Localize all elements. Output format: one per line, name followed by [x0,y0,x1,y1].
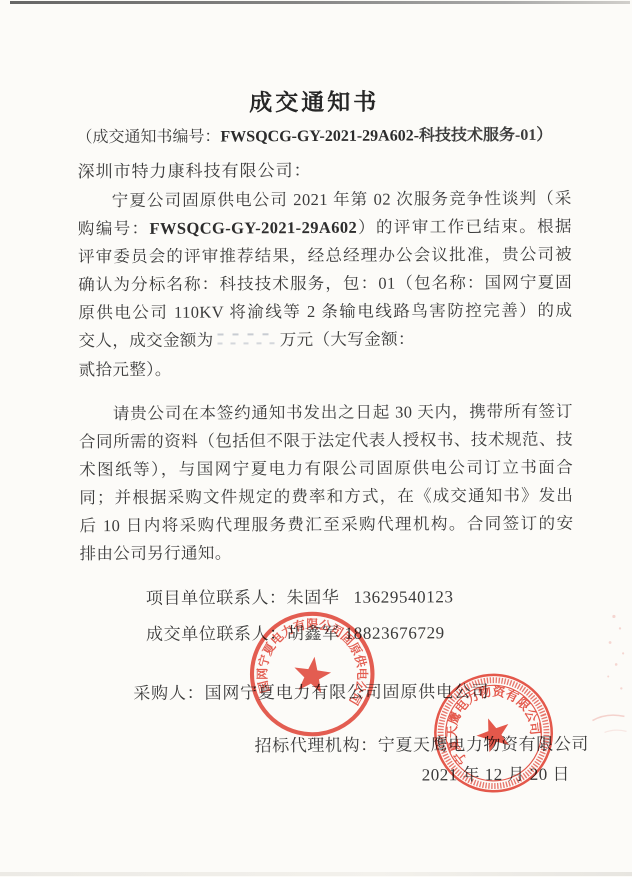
para2-line6: 排由公司另行通知。 [80,538,574,565]
para2-line3: 术图纸等），与国网宁夏电力有限公司固原供电公司订立书面合 [79,454,573,481]
para1-line6-pre: 交人，成交金额为 [78,331,213,351]
project-contact-name: 朱固华 [287,588,340,607]
para1-line2-post: ）的评审工作已结束。根据 [357,217,572,237]
recipient-line: 深圳市特力康科技有限公司： [78,156,312,182]
para1-line6: 交人，成交金额为万元（大写金额： [78,325,572,352]
notice-number-suffix: 科技技术服务-01） [419,127,552,145]
agency-label: 招标代理机构： [255,736,378,756]
notice-number-line: （成交通知书编号：FWSQCG-GY-2021-29A602-科技技术服务-01… [0,121,630,147]
notice-number-prefix: （成交通知书编号： [76,128,220,146]
document-content: 成交通知书 （成交通知书编号：FWSQCG-GY-2021-29A602-科技技… [0,0,632,877]
para1-line1: 宁夏公司固原供电公司 2021 年第 02 次服务竞争性谈判（采 [78,185,572,212]
agency-line: 招标代理机构：宁夏天鹰电力物资有限公司 [255,730,590,757]
para1-line2-code: FWSQCG-GY-2021-29A602 [149,218,357,238]
purchaser-line: 采购人：国网宁夏电力有限公司固原供电公司 [133,677,489,704]
para1-line4: 确认为分标名称：科技技术服务，包：01（包名称：国网宁夏固 [78,269,572,296]
page-title: 成交通知书 [0,82,630,118]
winner-contact-label: 成交单位联系人： [146,624,287,644]
purchaser-label: 采购人： [133,684,204,703]
para1-line3: 评审委员会的评审推荐结果，经总经理办公会议批准，贵公司被 [78,241,572,268]
winner-contact-phone: 18823676729 [345,623,445,643]
agency-value: 宁夏天鹰电力物资有限公司 [378,735,589,755]
redacted-amount [218,333,276,346]
project-contact-line: 项目单位联系人：朱固华13629540123 [146,582,454,609]
para1-line6-post: 万元（大写金额： [280,329,415,349]
para2-line4: 同；并根据采购文件规定的费率和方式，在《成交通知书》发出 [79,482,573,509]
winner-contact-line: 成交单位联系人：胡鑫军18823676729 [146,618,445,645]
para2-line5: 后 10 日内将采购代理服务费汇至采购代理机构。合同签订的安 [79,510,573,537]
document-page: 成交通知书 （成交通知书编号：FWSQCG-GY-2021-29A602-科技技… [0,0,632,877]
project-contact-label: 项目单位联系人： [146,588,287,608]
para2-line1: 请贵公司在本签约通知书发出之日起 30 天内，携带所有签订 [79,398,573,425]
date-line: 2021 年 12 月 20 日 [422,760,570,786]
notice-number-code: FWSQCG-GY-2021-29A602- [220,127,419,145]
para1-line2-pre: 购编号： [78,219,150,238]
ink-bleed-marks [586,598,632,768]
para2-line2: 合同所需的资料（包括但不限于法定代表人授权书、技术规范、技 [79,426,573,453]
para1-line2: 购编号：FWSQCG-GY-2021-29A602）的评审工作已结束。根据 [78,213,572,240]
winner-contact-name: 胡鑫军 [287,624,340,643]
para1-line5: 原供电公司 110KV 将渝线等 2 条输电线路鸟害防控完善）的成 [78,297,572,324]
para1-line7: 贰拾元整）。 [79,354,573,381]
purchaser-value: 国网宁夏电力有限公司固原供电公司 [204,682,489,702]
scan-edge-artifact-bottom [0,872,632,876]
project-contact-phone: 13629540123 [353,587,453,607]
